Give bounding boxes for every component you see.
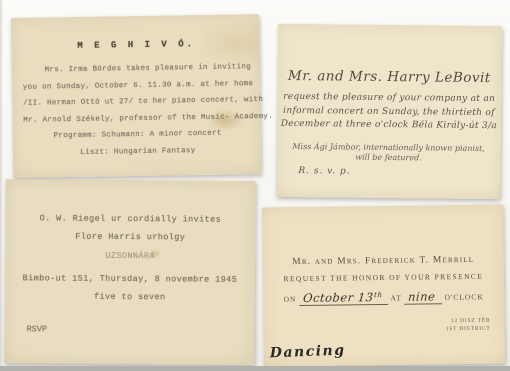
merrill-time-fill: nine [404, 291, 441, 304]
merrill-at-label: AT [390, 293, 401, 302]
merrill-date-time-line: ON October 13th AT nine O'CLOCK [263, 289, 504, 306]
riegel-line: O. W. Riegel ur cordially invites [5, 213, 255, 225]
merrill-request-line: REQUEST THE HONOR OF YOUR PRESENCE [263, 272, 504, 284]
merrill-address-block: 12 DISZ TÉR 1ST DISTRICT [446, 317, 491, 334]
invitation-card-riegel: O. W. Riegel ur cordially invites Flore … [4, 179, 255, 365]
merrill-on-label: ON [284, 295, 297, 304]
riegel-line: Bimbo-ut 151, Thursday, 8 novembre 1945 [5, 273, 255, 285]
merrill-handwritten-time: nine [408, 291, 436, 301]
riegel-line: five to seven [5, 291, 255, 303]
merrill-date-fill: October 13th [299, 290, 388, 306]
scan-left-edge [0, 0, 3, 371]
merrill-address-line: 1ST DISTRICT [446, 325, 491, 334]
riegel-line: Flore Harris urholgy [5, 231, 255, 243]
scan-bottom-edge [0, 366, 510, 371]
merrill-handwritten-note: Dancing [270, 342, 346, 361]
meghivo-title: M E G H I V Ó. [22, 38, 250, 52]
lebovit-body-line: December at three o'clock Béla Király-út… [277, 118, 501, 134]
riegel-line: UZSONNÁRA [5, 250, 255, 262]
invitation-card-merrill: Mr. and Mrs. Frederick T. Merrill REQUES… [262, 205, 505, 367]
lebovit-featured-line: will be featured. [276, 151, 500, 163]
lebovit-rsvp: R. s. v. p. [298, 166, 350, 177]
merrill-oclock-label: O'CLOCK [444, 292, 483, 301]
invitation-card-meghivo: M E G H I V Ó. Mrs. Irma Bördes takes pl… [11, 14, 261, 178]
merrill-host-names: Mr. and Mrs. Frederick T. Merrill [263, 255, 504, 268]
lebovit-host-names: Mr. and Mrs. Harry LeBovit [277, 68, 501, 86]
meghivo-program-line: Liszt: Hungarian Fantasy [24, 142, 252, 162]
merrill-handwritten-date-suffix: th [373, 290, 382, 300]
invitation-card-lebovit: Mr. and Mrs. Harry LeBovit request the p… [276, 24, 502, 199]
riegel-rsvp: RSVP [27, 324, 47, 334]
merrill-handwritten-date: October 13 [303, 292, 374, 303]
